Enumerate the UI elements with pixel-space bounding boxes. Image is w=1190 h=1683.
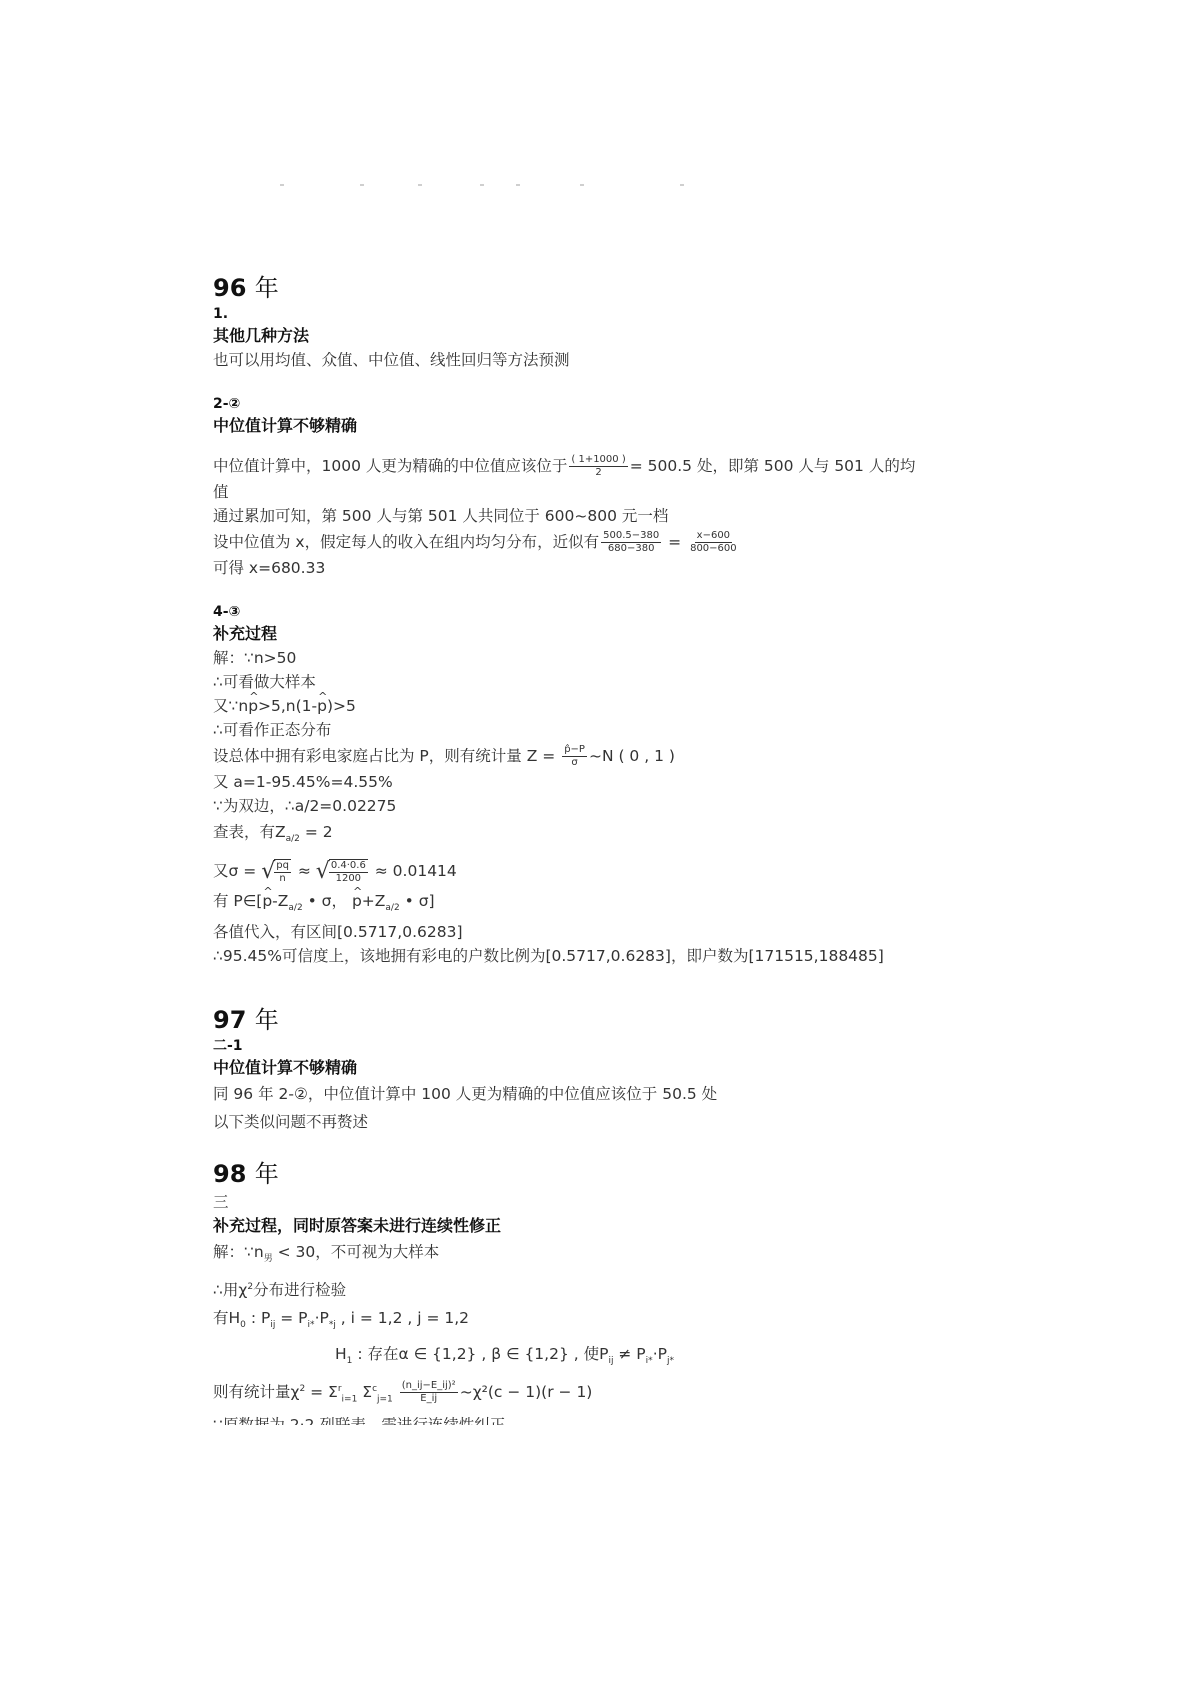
text-line: 设中位值为 x，假定每人的收入在组内均匀分布，近似有500.5−380680−3… bbox=[213, 528, 1013, 556]
part-label: 三 bbox=[213, 1190, 1013, 1214]
part-label: 二-1 bbox=[213, 1036, 1013, 1056]
text-line: 同 96 年 2-②，中位值计算中 100 人更为精确的中位值应该位于 50.5… bbox=[213, 1080, 1013, 1108]
text-line: 中位值计算中，1000 人更为精确的中位值应该位于( 1+1000 )2= 50… bbox=[213, 452, 1013, 480]
part-label: 4-③ bbox=[213, 602, 1013, 622]
section-heading-98: 98 年 bbox=[213, 1158, 1013, 1190]
document-page: 96 年 1. 其他几种方法 也可以用均值、众值、中位值、线性回归等方法预测 2… bbox=[0, 0, 1190, 1683]
text-line: 设总体中拥有彩电家庭占比为 P，则有统计量 Z = p̂−Pσ~N ( 0 , … bbox=[213, 742, 1013, 770]
part-title: 补充过程，同时原答案未进行连续性修正 bbox=[213, 1214, 1013, 1238]
part-title: 中位值计算不够精确 bbox=[213, 414, 1013, 438]
text-line: H1 : 存在α ∈ {1,2} , β ∈ {1,2} , 使Pij ≠ Pi… bbox=[213, 1340, 1013, 1375]
text-line: 解：∵n男 < 30，不可视为大样本 bbox=[213, 1238, 1013, 1273]
text-line: 查表，有Za/2 = 2 bbox=[213, 818, 1013, 853]
text-line: ∵为双边，∴a/2=0.02275 bbox=[213, 794, 1013, 818]
text-line: 又∵np>5,n(1-p)>5 bbox=[213, 694, 1013, 718]
part-label: 1. bbox=[213, 304, 1013, 324]
text-line: 可得 x=680.33 bbox=[213, 556, 1013, 580]
text-line: 通过累加可知，第 500 人与第 501 人共同位于 600~800 元一档 bbox=[213, 504, 1013, 528]
clipped-line-container: ∵原数据为 2·2 列联表，需进行连续性纠正 bbox=[213, 1413, 1013, 1425]
text-line: 又 a=1-95.45%=4.55% bbox=[213, 770, 1013, 794]
text-line: 有H0 : Pij = Pi*·P*j , i = 1,2 , j = 1,2 bbox=[213, 1304, 1013, 1339]
part-title: 中位值计算不够精确 bbox=[213, 1056, 1013, 1080]
section-heading-97: 97 年 bbox=[213, 1004, 1013, 1036]
text-line: ∴95.45%可信度上，该地拥有彩电的户数比例为[0.5717,0.6283]，… bbox=[213, 944, 1013, 968]
text-line: 则有统计量χ2 = Σri=1 Σcj=1 (n_ij−E_ij)²E_ij~χ… bbox=[213, 1375, 1013, 1413]
text-line: 各值代入，有区间[0.5717,0.6283] bbox=[213, 920, 1013, 944]
text-line: 解：∵n>50 bbox=[213, 646, 1013, 670]
header-artifact-dots bbox=[280, 184, 940, 188]
text-line: 值 bbox=[213, 480, 1013, 504]
text-line: 也可以用均值、众值、中位值、线性回归等方法预测 bbox=[213, 348, 1013, 372]
section-heading-96: 96 年 bbox=[213, 272, 1013, 304]
text-line: 有 P∈[p-Za/2 • σ， p+Za/2 • σ] bbox=[213, 889, 1013, 920]
fraction: 500.5−380680−380 bbox=[601, 530, 661, 555]
document-content: 96 年 1. 其他几种方法 也可以用均值、众值、中位值、线性回归等方法预测 2… bbox=[213, 272, 1013, 1425]
fraction: x−600800−600 bbox=[688, 530, 739, 555]
part-title: 补充过程 bbox=[213, 622, 1013, 646]
fraction: (n_ij−E_ij)²E_ij bbox=[400, 1380, 458, 1405]
text-line-clipped: ∵原数据为 2·2 列联表，需进行连续性纠正 bbox=[213, 1413, 1013, 1425]
text-line: 又σ = √pqn ≈ √0.4·0.61200 ≈ 0.01414 bbox=[213, 853, 1013, 889]
part-title: 其他几种方法 bbox=[213, 324, 1013, 348]
fraction: ( 1+1000 )2 bbox=[569, 454, 627, 479]
text-line: ∴用χ2分布进行检验 bbox=[213, 1273, 1013, 1304]
fraction: p̂−Pσ bbox=[562, 744, 587, 769]
text-line: ∴可看作正态分布 bbox=[213, 718, 1013, 742]
text-line: ∴可看做大样本 bbox=[213, 670, 1013, 694]
part-label: 2-② bbox=[213, 394, 1013, 414]
text-line: 以下类似问题不再赘述 bbox=[213, 1108, 1013, 1136]
